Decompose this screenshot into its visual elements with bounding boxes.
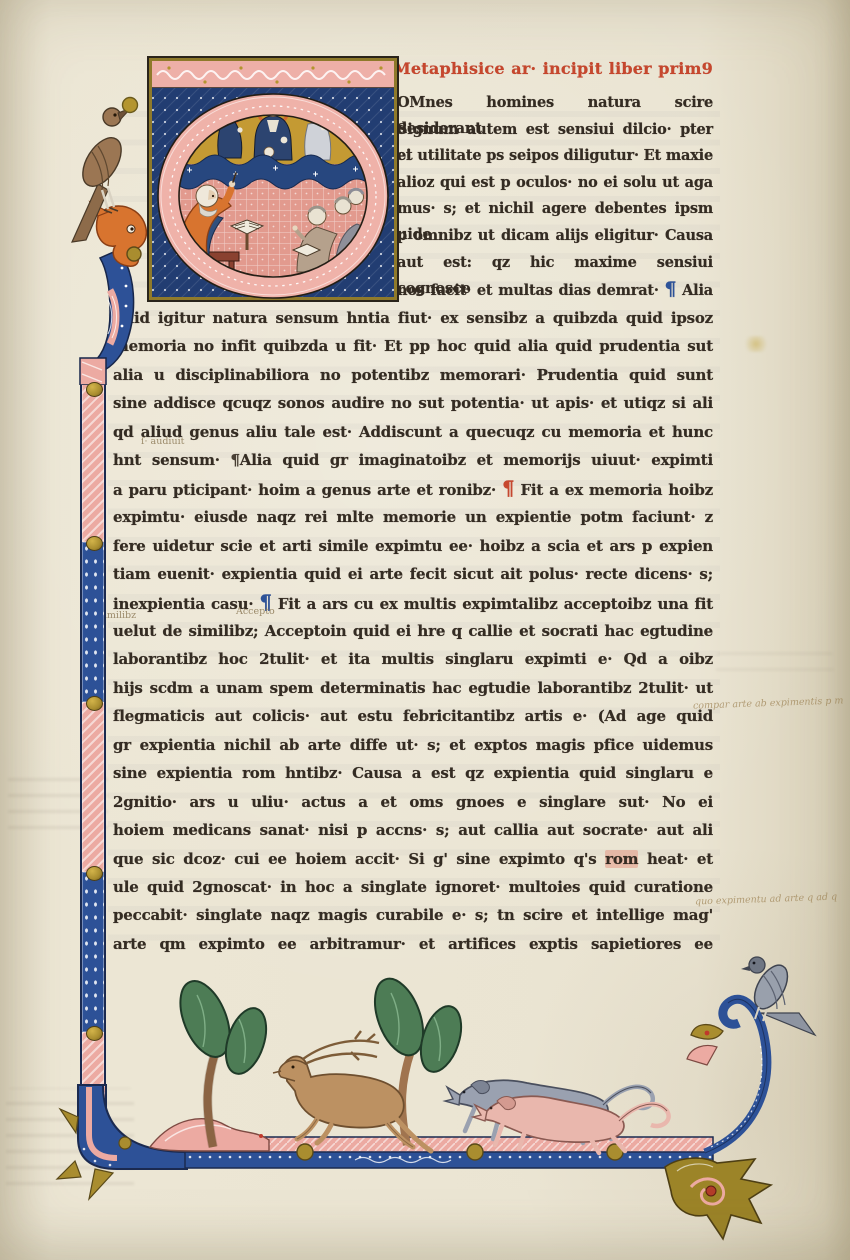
- bar-segment: [82, 542, 104, 702]
- text-line: alioz qui est p oculos· no ei solu ut ag…: [397, 170, 713, 196]
- show-through-right: [716, 652, 834, 678]
- falcon-figure: [741, 957, 815, 1035]
- gold-boss: [86, 536, 103, 551]
- gold-berry: [123, 98, 138, 113]
- text-body: quid igitur natura sensum hntia fiut· ex…: [113, 304, 713, 964]
- text-line: qd aliud genus aliu tale est· Addiscunt …: [113, 418, 713, 446]
- text-line: tiam euenit· expientia quid ei arte feci…: [113, 560, 713, 588]
- text-line: et utilitate ps seipos diligutur· Et max…: [397, 143, 713, 169]
- gold-boss: [86, 696, 103, 711]
- text-line: quid igitur natura sensum hntia fiut· ex…: [113, 304, 713, 332]
- text-line: Signum autem est sensiui dilcio· pter ei: [397, 117, 713, 143]
- bar-segment: [82, 372, 104, 542]
- text-line: flegmaticis aut colicis· aut estu febric…: [113, 702, 713, 730]
- text-line: p omnibz ut dicam alijs eligitur· Causa: [397, 223, 713, 249]
- interlinear-gloss: ſ· audiuit: [141, 436, 184, 447]
- text-line: peccabit· singlate naqz magis curabile e…: [113, 901, 713, 929]
- text-line: laborantibz hoc 2tulit· et ita multis si…: [113, 645, 713, 673]
- stain: [742, 336, 770, 352]
- bas-de-page-scene: [55, 935, 820, 1260]
- text-line: OMnes homines natura scire desiderant: [397, 90, 713, 116]
- bar-segment: [82, 702, 104, 872]
- gold-boss: [297, 1144, 313, 1160]
- text-line: mus· s; et nichil agere debentes ipsm ui…: [397, 196, 713, 222]
- gold-berry: [127, 247, 141, 261]
- peacock-ornament: [80, 250, 134, 385]
- text-line: hnt sensum· ¶Alia quid gr imaginatoibz e…: [113, 446, 713, 474]
- text-line: ule quid 2gnoscat· in hoc a singlate ign…: [113, 873, 713, 901]
- historiated-initial: [147, 56, 399, 302]
- text-line: aut est: qz hic maxime sensiui cognosce: [397, 250, 713, 276]
- text-line: memoria no infit quibzda u fit· Et pp ho…: [113, 332, 713, 360]
- text-line: hoiem medicans sanat· nisi p accns· s; a…: [113, 816, 713, 844]
- gold-boss: [467, 1144, 483, 1160]
- text-line: expimtu· eiusde naqz rei mlte memorie un…: [113, 503, 713, 531]
- margin-note: compar arte ab expimentis p m: [693, 695, 844, 712]
- text-line: nos facit· et multas dias demrat· ¶ Alia: [397, 276, 713, 302]
- text-line: uelut de similibz; Acceptoin quid ei hre…: [113, 617, 713, 645]
- text-line: a paru pticipant· hoim a genus arte et r…: [113, 475, 713, 503]
- text-line: alia u disciplinabiliora no potentibz me…: [113, 361, 713, 389]
- border-corner-bottom-right: [665, 1158, 771, 1239]
- manuscript-page: Metaphisice ar· incipit liber prim9 OMne…: [0, 0, 850, 1260]
- margin-note: quo expimentu ad arte q ad q: [695, 892, 837, 909]
- gold-boss: [86, 382, 103, 397]
- panel-top-band: [152, 61, 394, 88]
- text-line: sine expientia rom hntibz· Causa a est q…: [113, 759, 713, 787]
- rubric-incipit: Metaphisice ar· incipit liber prim9: [393, 52, 713, 86]
- gold-boss: [86, 1026, 103, 1041]
- text-line: que sic dcoz· cui ee hoiem accit· Si g' …: [113, 845, 713, 873]
- interlinear-gloss: Accepto: [236, 606, 275, 617]
- border-curl: [687, 999, 767, 1153]
- text-column-beside-initial: OMnes homines natura scire desiderantSig…: [397, 90, 713, 308]
- text-line: sine addisce qcuqz sonos audire no sut p…: [113, 389, 713, 417]
- text-line: 2gnitio· ars u uliu· actus a et oms gnoe…: [113, 788, 713, 816]
- border-bar-bottom: [150, 1119, 713, 1168]
- antlers: [303, 1031, 379, 1063]
- text-line: gr expientia nichil ab arte diffe ut· s;…: [113, 731, 713, 759]
- text-line: fere uidetur scie et arti simile expimtu…: [113, 532, 713, 560]
- text-line: inexpientia casu· ¶ Fit a ars cu ex mult…: [113, 589, 713, 617]
- text-line: hijs scdm a unam spem determinatis hac e…: [113, 674, 713, 702]
- gold-boss: [86, 866, 103, 881]
